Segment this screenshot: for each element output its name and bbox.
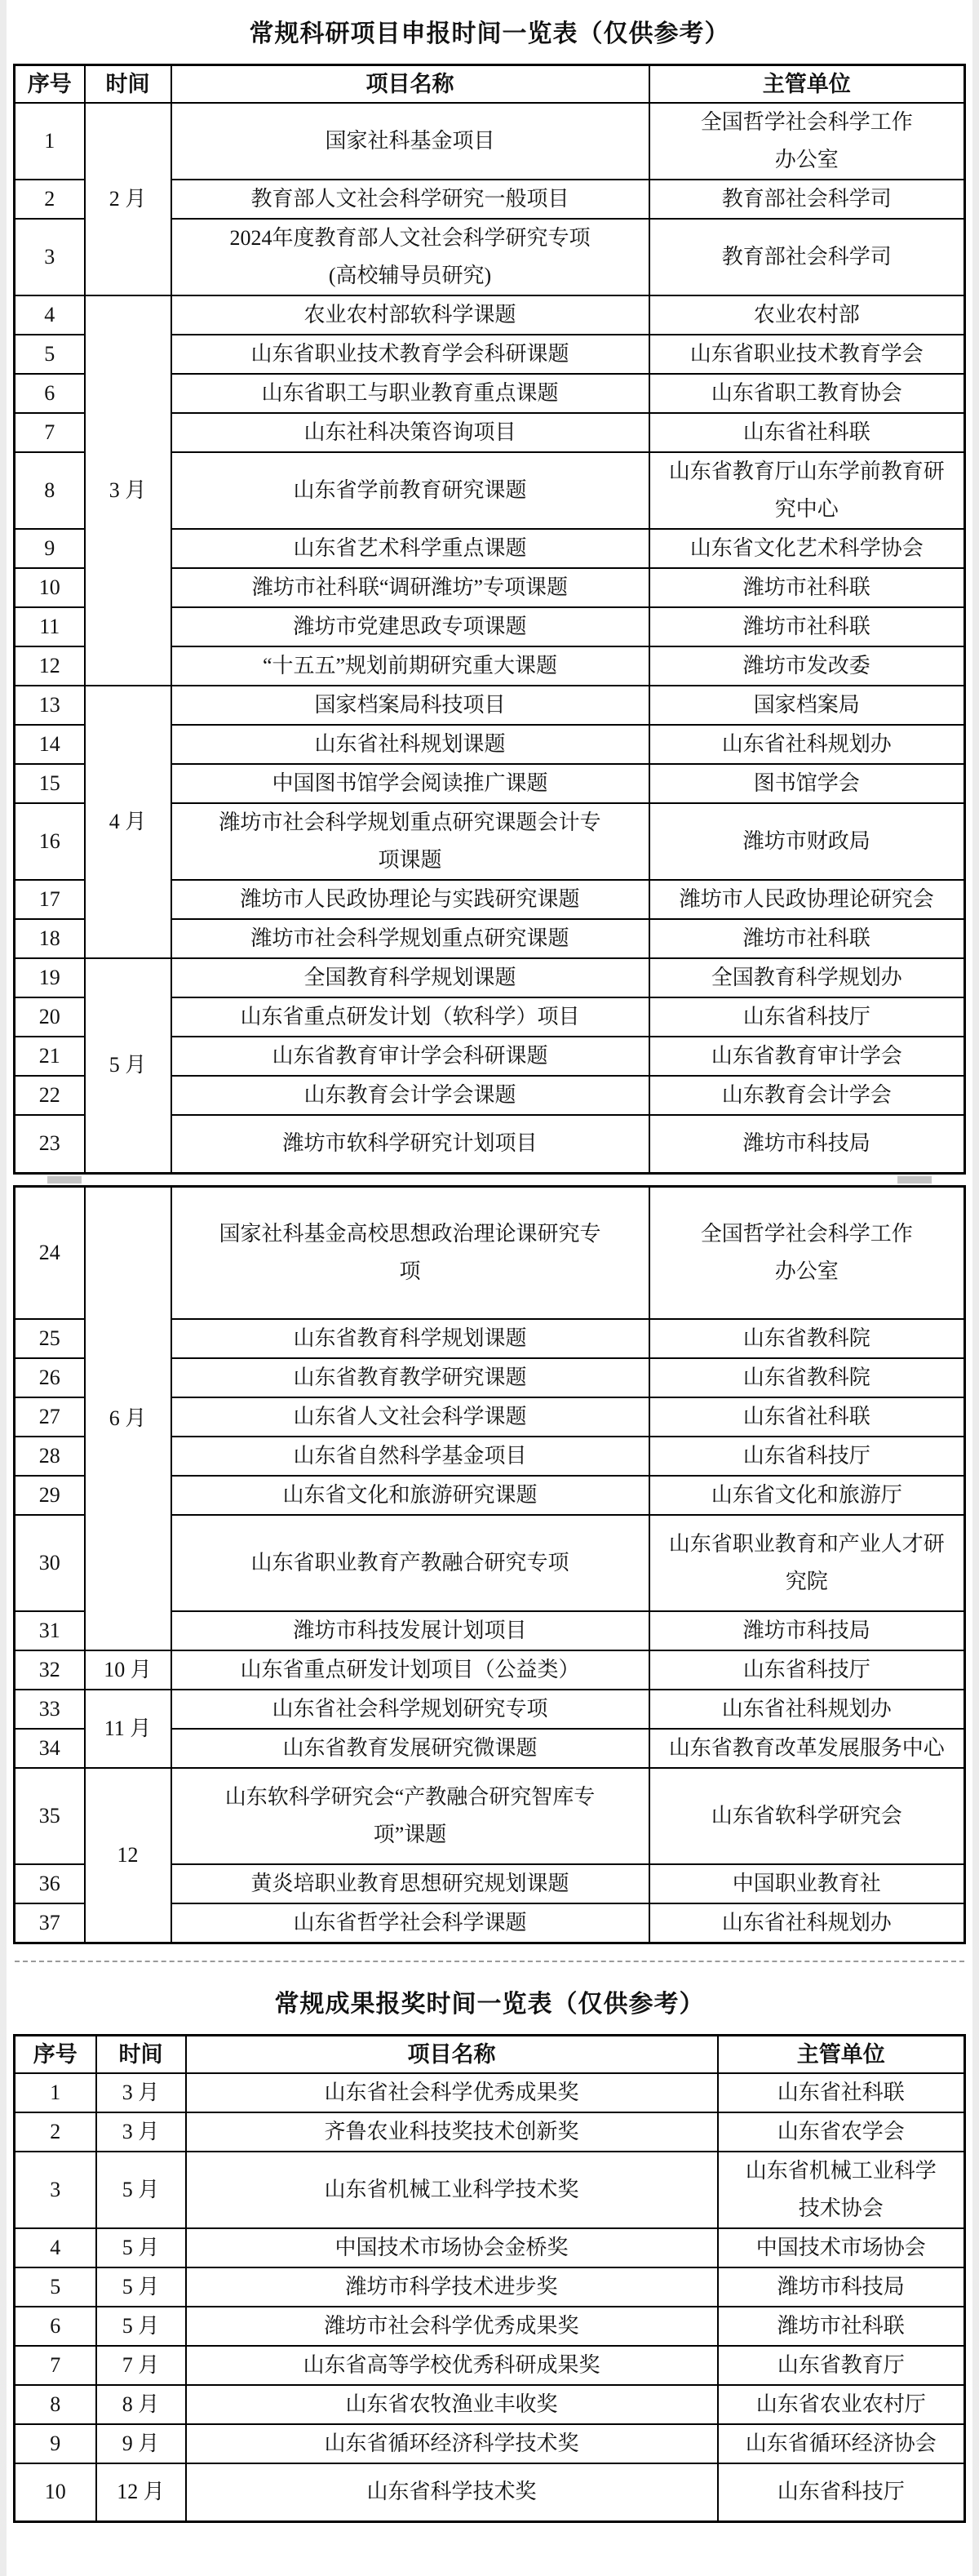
cell-month: 7 月 [96, 2346, 186, 2385]
cell-org: 山东省教育厅 [718, 2346, 965, 2385]
cell-serial: 12 [15, 646, 85, 686]
cell-project-name: 山东省教育发展研究微课题 [171, 1729, 649, 1768]
cell-serial: 24 [15, 1187, 85, 1320]
cell-org: 教育部社会科学司 [649, 219, 965, 295]
cell-org: 潍坊市科技局 [718, 2267, 965, 2307]
cell-org: 山东省社科规划办 [649, 1903, 965, 1943]
cell-month: 3 月 [85, 295, 171, 686]
cell-org: 潍坊市科技局 [649, 1115, 965, 1174]
cell-serial: 3 [15, 219, 85, 295]
dashed-separator [15, 1961, 964, 1962]
document-page: 常规科研项目申报时间一览表（仅供参考） 序号 时间 项目名称 主管单位 12 月… [7, 0, 972, 2576]
cell-serial: 30 [15, 1515, 85, 1611]
cell-month: 6 月 [85, 1187, 171, 1651]
cell-serial: 7 [15, 2346, 96, 2385]
cell-project-name: 2024年度教育部人文社会科学研究专项 (高校辅导员研究) [171, 219, 649, 295]
cell-serial: 7 [15, 413, 85, 452]
cell-serial: 1 [15, 103, 85, 180]
cell-serial: 32 [15, 1650, 85, 1690]
cell-project-name: 中国技术市场协会金桥奖 [186, 2228, 718, 2267]
cell-serial: 33 [15, 1690, 85, 1729]
cell-serial: 20 [15, 997, 85, 1037]
table-row: 77 月山东省高等学校优秀科研成果奖山东省教育厅 [15, 2346, 965, 2385]
cell-org: 山东省科技厅 [649, 1650, 965, 1690]
table-row: 12 月国家社科基金项目全国哲学社会科学工作 办公室 [15, 103, 965, 180]
cell-month: 10 月 [85, 1650, 171, 1690]
cell-project-name: 中国图书馆学会阅读推广课题 [171, 764, 649, 803]
cell-project-name: 山东软科学研究会“产教融合研究智库专 项”课题 [171, 1768, 649, 1864]
cell-serial: 2 [15, 180, 85, 219]
cell-serial: 5 [15, 335, 85, 374]
header-time: 时间 [85, 65, 171, 103]
cell-project-name: 潍坊市科技发展计划项目 [171, 1611, 649, 1650]
table-row: 35 月山东省机械工业科学技术奖山东省机械工业科学 技术协会 [15, 2152, 965, 2228]
cell-project-name: 国家社科基金高校思想政治理论课研究专 项 [171, 1187, 649, 1320]
cell-project-name: 潍坊市社会科学规划重点研究课题会计专 项课题 [171, 803, 649, 880]
cell-serial: 36 [15, 1864, 85, 1903]
cell-org: 山东省科技厅 [649, 1437, 965, 1476]
cell-serial: 14 [15, 725, 85, 764]
break-handle-right [897, 1176, 932, 1184]
cell-org: 全国教育科学规划办 [649, 958, 965, 997]
cell-project-name: “十五五”规划前期研究重大课题 [171, 646, 649, 686]
table-row: 134 月国家档案局科技项目国家档案局 [15, 686, 965, 725]
table-row: 3210 月山东省重点研发计划项目（公益类）山东省科技厅 [15, 1650, 965, 1690]
cell-serial: 6 [15, 374, 85, 413]
cell-serial: 9 [15, 529, 85, 568]
cell-org: 农业农村部 [649, 295, 965, 335]
cell-project-name: 农业农村部软科学课题 [171, 295, 649, 335]
cell-project-name: 山东省教育审计学会科研课题 [171, 1037, 649, 1076]
award-rows: 13 月山东省社会科学优秀成果奖山东省社科联23 月齐鲁农业科技奖技术创新奖山东… [15, 2073, 965, 2522]
cell-serial: 37 [15, 1903, 85, 1943]
cell-project-name: 山东省学前教育研究课题 [171, 452, 649, 529]
cell-org: 山东省科技厅 [718, 2463, 965, 2522]
cell-project-name: 潍坊市社会科学优秀成果奖 [186, 2307, 718, 2346]
cell-org: 山东省文化艺术科学协会 [649, 529, 965, 568]
cell-org: 潍坊市人民政协理论研究会 [649, 880, 965, 919]
cell-project-name: 国家社科基金项目 [171, 103, 649, 180]
cell-org: 全国哲学社会科学工作 办公室 [649, 103, 965, 180]
cell-serial: 10 [15, 568, 85, 607]
cell-org: 山东省教育审计学会 [649, 1037, 965, 1076]
table-row: 195 月全国教育科学规划课题全国教育科学规划办 [15, 958, 965, 997]
table-break [13, 1175, 966, 1185]
cell-org: 山东省文化和旅游厅 [649, 1476, 965, 1515]
cell-org: 山东省机械工业科学 技术协会 [718, 2152, 965, 2228]
header-project-name: 项目名称 [171, 65, 649, 103]
cell-org: 山东省社科联 [718, 2073, 965, 2112]
cell-serial: 3 [15, 2152, 96, 2228]
cell-serial: 10 [15, 2463, 96, 2522]
header-org: 主管单位 [649, 65, 965, 103]
cell-serial: 5 [15, 2267, 96, 2307]
cell-month: 12 月 [96, 2463, 186, 2522]
cell-project-name: 山东省职业教育产教融合研究专项 [171, 1515, 649, 1611]
table-row: 65 月潍坊市社会科学优秀成果奖潍坊市社科联 [15, 2307, 965, 2346]
cell-org: 潍坊市社科联 [649, 919, 965, 958]
cell-org: 山东省教科院 [649, 1358, 965, 1397]
cell-month: 5 月 [96, 2152, 186, 2228]
cell-org: 山东省教科院 [649, 1319, 965, 1358]
cell-serial: 4 [15, 295, 85, 335]
cell-org: 图书馆学会 [649, 764, 965, 803]
cell-org: 山东省科技厅 [649, 997, 965, 1037]
cell-project-name: 山东省机械工业科学技术奖 [186, 2152, 718, 2228]
cell-org: 山东省社科联 [649, 413, 965, 452]
cell-month: 5 月 [96, 2228, 186, 2267]
cell-serial: 6 [15, 2307, 96, 2346]
cell-serial: 4 [15, 2228, 96, 2267]
cell-month: 3 月 [96, 2073, 186, 2112]
cell-project-name: 山东省重点研发计划（软科学）项目 [171, 997, 649, 1037]
cell-serial: 26 [15, 1358, 85, 1397]
cell-serial: 13 [15, 686, 85, 725]
schedule-rows-block2: 246 月国家社科基金高校思想政治理论课研究专 项全国哲学社会科学工作 办公室2… [15, 1187, 965, 1943]
schedule-table-block1: 序号 时间 项目名称 主管单位 12 月国家社科基金项目全国哲学社会科学工作 办… [13, 64, 966, 1175]
cell-org: 山东教育会计学会 [649, 1076, 965, 1115]
schedule-table-block2: 246 月国家社科基金高校思想政治理论课研究专 项全国哲学社会科学工作 办公室2… [13, 1185, 966, 1944]
cell-serial: 16 [15, 803, 85, 880]
cell-serial: 19 [15, 958, 85, 997]
cell-serial: 8 [15, 2385, 96, 2424]
cell-project-name: 山东省自然科学基金项目 [171, 1437, 649, 1476]
cell-month: 12 [85, 1768, 171, 1943]
cell-project-name: 山东省社会科学优秀成果奖 [186, 2073, 718, 2112]
cell-org: 山东省循环经济协会 [718, 2424, 965, 2463]
cell-org: 山东省软科学研究会 [649, 1768, 965, 1864]
header-time: 时间 [96, 2036, 186, 2073]
cell-project-name: 潍坊市人民政协理论与实践研究课题 [171, 880, 649, 919]
table-row: 246 月国家社科基金高校思想政治理论课研究专 项全国哲学社会科学工作 办公室 [15, 1187, 965, 1320]
cell-org: 国家档案局 [649, 686, 965, 725]
cell-serial: 21 [15, 1037, 85, 1076]
award-table: 序号 时间 项目名称 主管单位 13 月山东省社会科学优秀成果奖山东省社科联23… [13, 2034, 966, 2523]
cell-project-name: 山东省教育教学研究课题 [171, 1358, 649, 1397]
cell-serial: 18 [15, 919, 85, 958]
cell-org: 潍坊市发改委 [649, 646, 965, 686]
cell-org: 中国技术市场协会 [718, 2228, 965, 2267]
cell-project-name: 山东省哲学社会科学课题 [171, 1903, 649, 1943]
schedule-rows-block1: 12 月国家社科基金项目全国哲学社会科学工作 办公室2教育部人文社会科学研究一般… [15, 103, 965, 1174]
cell-serial: 28 [15, 1437, 85, 1476]
cell-org: 山东省社科联 [649, 1397, 965, 1437]
cell-serial: 22 [15, 1076, 85, 1115]
schedule-header-row: 序号 时间 项目名称 主管单位 [15, 65, 965, 103]
cell-project-name: 山东省重点研发计划项目（公益类） [171, 1650, 649, 1690]
cell-org: 中国职业教育社 [649, 1864, 965, 1903]
cell-project-name: 山东省农牧渔业丰收奖 [186, 2385, 718, 2424]
break-handle-left [47, 1176, 82, 1184]
table-row: 3512山东软科学研究会“产教融合研究智库专 项”课题山东省软科学研究会 [15, 1768, 965, 1864]
cell-project-name: 山东省人文社会科学课题 [171, 1397, 649, 1437]
cell-serial: 2 [15, 2112, 96, 2152]
cell-month: 5 月 [96, 2307, 186, 2346]
header-org: 主管单位 [718, 2036, 965, 2073]
cell-month: 4 月 [85, 686, 171, 958]
table-row: 23 月齐鲁农业科技奖技术创新奖山东省农学会 [15, 2112, 965, 2152]
table-row: 1012 月山东省科学技术奖山东省科技厅 [15, 2463, 965, 2522]
cell-org: 山东省教育改革发展服务中心 [649, 1729, 965, 1768]
cell-serial: 27 [15, 1397, 85, 1437]
cell-org: 山东省社科规划办 [649, 1690, 965, 1729]
cell-serial: 31 [15, 1611, 85, 1650]
cell-serial: 29 [15, 1476, 85, 1515]
cell-org: 山东省农业农村厅 [718, 2385, 965, 2424]
cell-month: 5 月 [85, 958, 171, 1174]
cell-serial: 8 [15, 452, 85, 529]
cell-org: 山东省职工教育协会 [649, 374, 965, 413]
cell-org: 全国哲学社会科学工作 办公室 [649, 1187, 965, 1320]
cell-project-name: 齐鲁农业科技奖技术创新奖 [186, 2112, 718, 2152]
cell-project-name: 山东省职业技术教育学会科研课题 [171, 335, 649, 374]
cell-serial: 17 [15, 880, 85, 919]
cell-project-name: 山东省循环经济科学技术奖 [186, 2424, 718, 2463]
cell-project-name: 山东省教育科学规划课题 [171, 1319, 649, 1358]
cell-org: 教育部社会科学司 [649, 180, 965, 219]
cell-org: 潍坊市科技局 [649, 1611, 965, 1650]
cell-org: 山东省社科规划办 [649, 725, 965, 764]
cell-project-name: 黄炎培职业教育思想研究规划课题 [171, 1864, 649, 1903]
cell-project-name: 山东省高等学校优秀科研成果奖 [186, 2346, 718, 2385]
cell-org: 潍坊市财政局 [649, 803, 965, 880]
cell-project-name: 国家档案局科技项目 [171, 686, 649, 725]
cell-project-name: 山东教育会计学会课题 [171, 1076, 649, 1115]
cell-serial: 1 [15, 2073, 96, 2112]
cell-project-name: 山东社科决策咨询项目 [171, 413, 649, 452]
cell-project-name: 潍坊市党建思政专项课题 [171, 607, 649, 646]
table-row: 43 月农业农村部软科学课题农业农村部 [15, 295, 965, 335]
cell-serial: 23 [15, 1115, 85, 1174]
cell-project-name: 山东省社会科学规划研究专项 [171, 1690, 649, 1729]
cell-project-name: 潍坊市社会科学规划重点研究课题 [171, 919, 649, 958]
cell-org: 山东省教育厅山东学前教育研 究中心 [649, 452, 965, 529]
cell-project-name: 山东省科学技术奖 [186, 2463, 718, 2522]
cell-project-name: 山东省艺术科学重点课题 [171, 529, 649, 568]
cell-org: 潍坊市社科联 [718, 2307, 965, 2346]
cell-org: 山东省农学会 [718, 2112, 965, 2152]
cell-project-name: 潍坊市科学技术进步奖 [186, 2267, 718, 2307]
award-header-row: 序号 时间 项目名称 主管单位 [15, 2036, 965, 2073]
table-row: 88 月山东省农牧渔业丰收奖山东省农业农村厅 [15, 2385, 965, 2424]
cell-month: 5 月 [96, 2267, 186, 2307]
cell-org: 潍坊市社科联 [649, 607, 965, 646]
cell-project-name: 山东省职工与职业教育重点课题 [171, 374, 649, 413]
table-row: 13 月山东省社会科学优秀成果奖山东省社科联 [15, 2073, 965, 2112]
cell-month: 3 月 [96, 2112, 186, 2152]
cell-serial: 9 [15, 2424, 96, 2463]
table-row: 99 月山东省循环经济科学技术奖山东省循环经济协会 [15, 2424, 965, 2463]
cell-month: 8 月 [96, 2385, 186, 2424]
cell-project-name: 山东省社科规划课题 [171, 725, 649, 764]
cell-project-name: 教育部人文社会科学研究一般项目 [171, 180, 649, 219]
cell-serial: 25 [15, 1319, 85, 1358]
table-row: 3311 月山东省社会科学规划研究专项山东省社科规划办 [15, 1690, 965, 1729]
cell-serial: 15 [15, 764, 85, 803]
header-project-name: 项目名称 [186, 2036, 718, 2073]
table-row: 55 月潍坊市科学技术进步奖潍坊市科技局 [15, 2267, 965, 2307]
header-serial: 序号 [15, 2036, 96, 2073]
cell-month: 2 月 [85, 103, 171, 295]
cell-month: 9 月 [96, 2424, 186, 2463]
cell-serial: 11 [15, 607, 85, 646]
table-row: 45 月中国技术市场协会金桥奖中国技术市场协会 [15, 2228, 965, 2267]
cell-month: 11 月 [85, 1690, 171, 1768]
schedule-table-title: 常规科研项目申报时间一览表（仅供参考） [13, 7, 966, 56]
cell-project-name: 潍坊市社科联“调研潍坊”专项课题 [171, 568, 649, 607]
cell-project-name: 山东省文化和旅游研究课题 [171, 1476, 649, 1515]
cell-serial: 35 [15, 1768, 85, 1864]
cell-org: 山东省职业技术教育学会 [649, 335, 965, 374]
cell-serial: 34 [15, 1729, 85, 1768]
cell-project-name: 全国教育科学规划课题 [171, 958, 649, 997]
cell-org: 山东省职业教育和产业人才研 究院 [649, 1515, 965, 1611]
header-serial: 序号 [15, 65, 85, 103]
cell-project-name: 潍坊市软科学研究计划项目 [171, 1115, 649, 1174]
award-table-title: 常规成果报奖时间一览表（仅供参考） [13, 1977, 966, 2026]
cell-org: 潍坊市社科联 [649, 568, 965, 607]
